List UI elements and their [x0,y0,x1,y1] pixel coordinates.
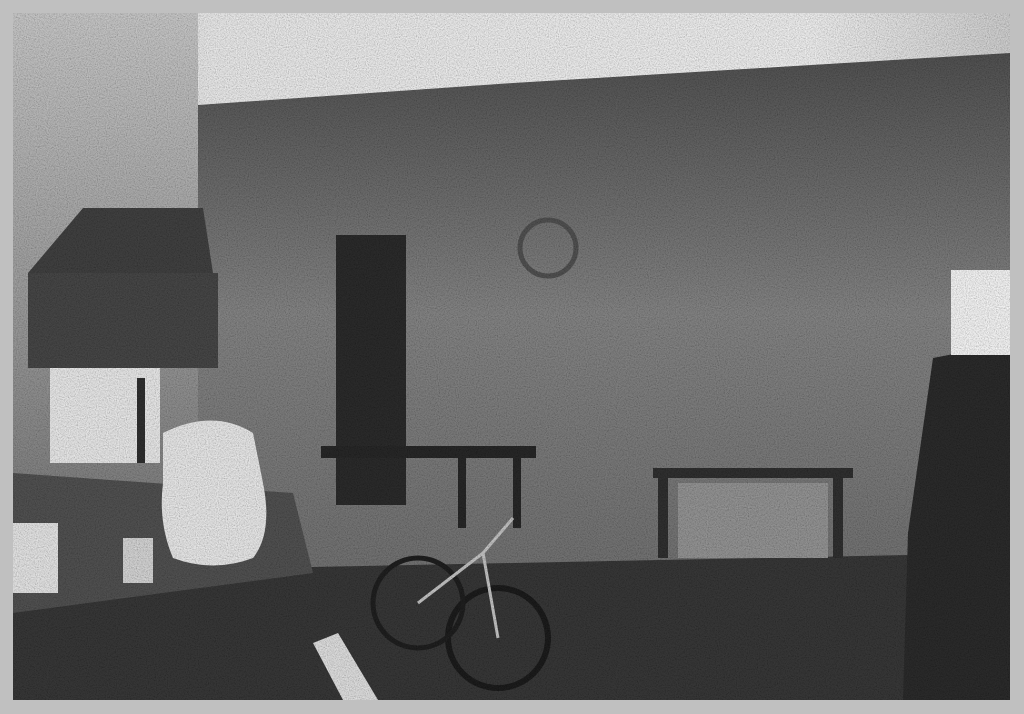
low-table-leg [458,458,466,528]
tall-cabinet [336,235,406,505]
window-frame [137,378,145,463]
lamp-body [28,273,218,368]
white-bags [162,421,267,566]
bench-top [653,468,853,478]
bench-leg [833,478,843,558]
bench-panel [678,483,828,558]
low-table-leg [513,458,521,528]
cup [123,538,153,583]
bench-leg [658,478,668,558]
room-scene [13,13,1010,700]
white-box [13,523,58,593]
back-wall [198,53,1010,573]
photo [13,13,1010,700]
low-table-top [321,446,536,458]
bright-window-right [951,270,1010,355]
